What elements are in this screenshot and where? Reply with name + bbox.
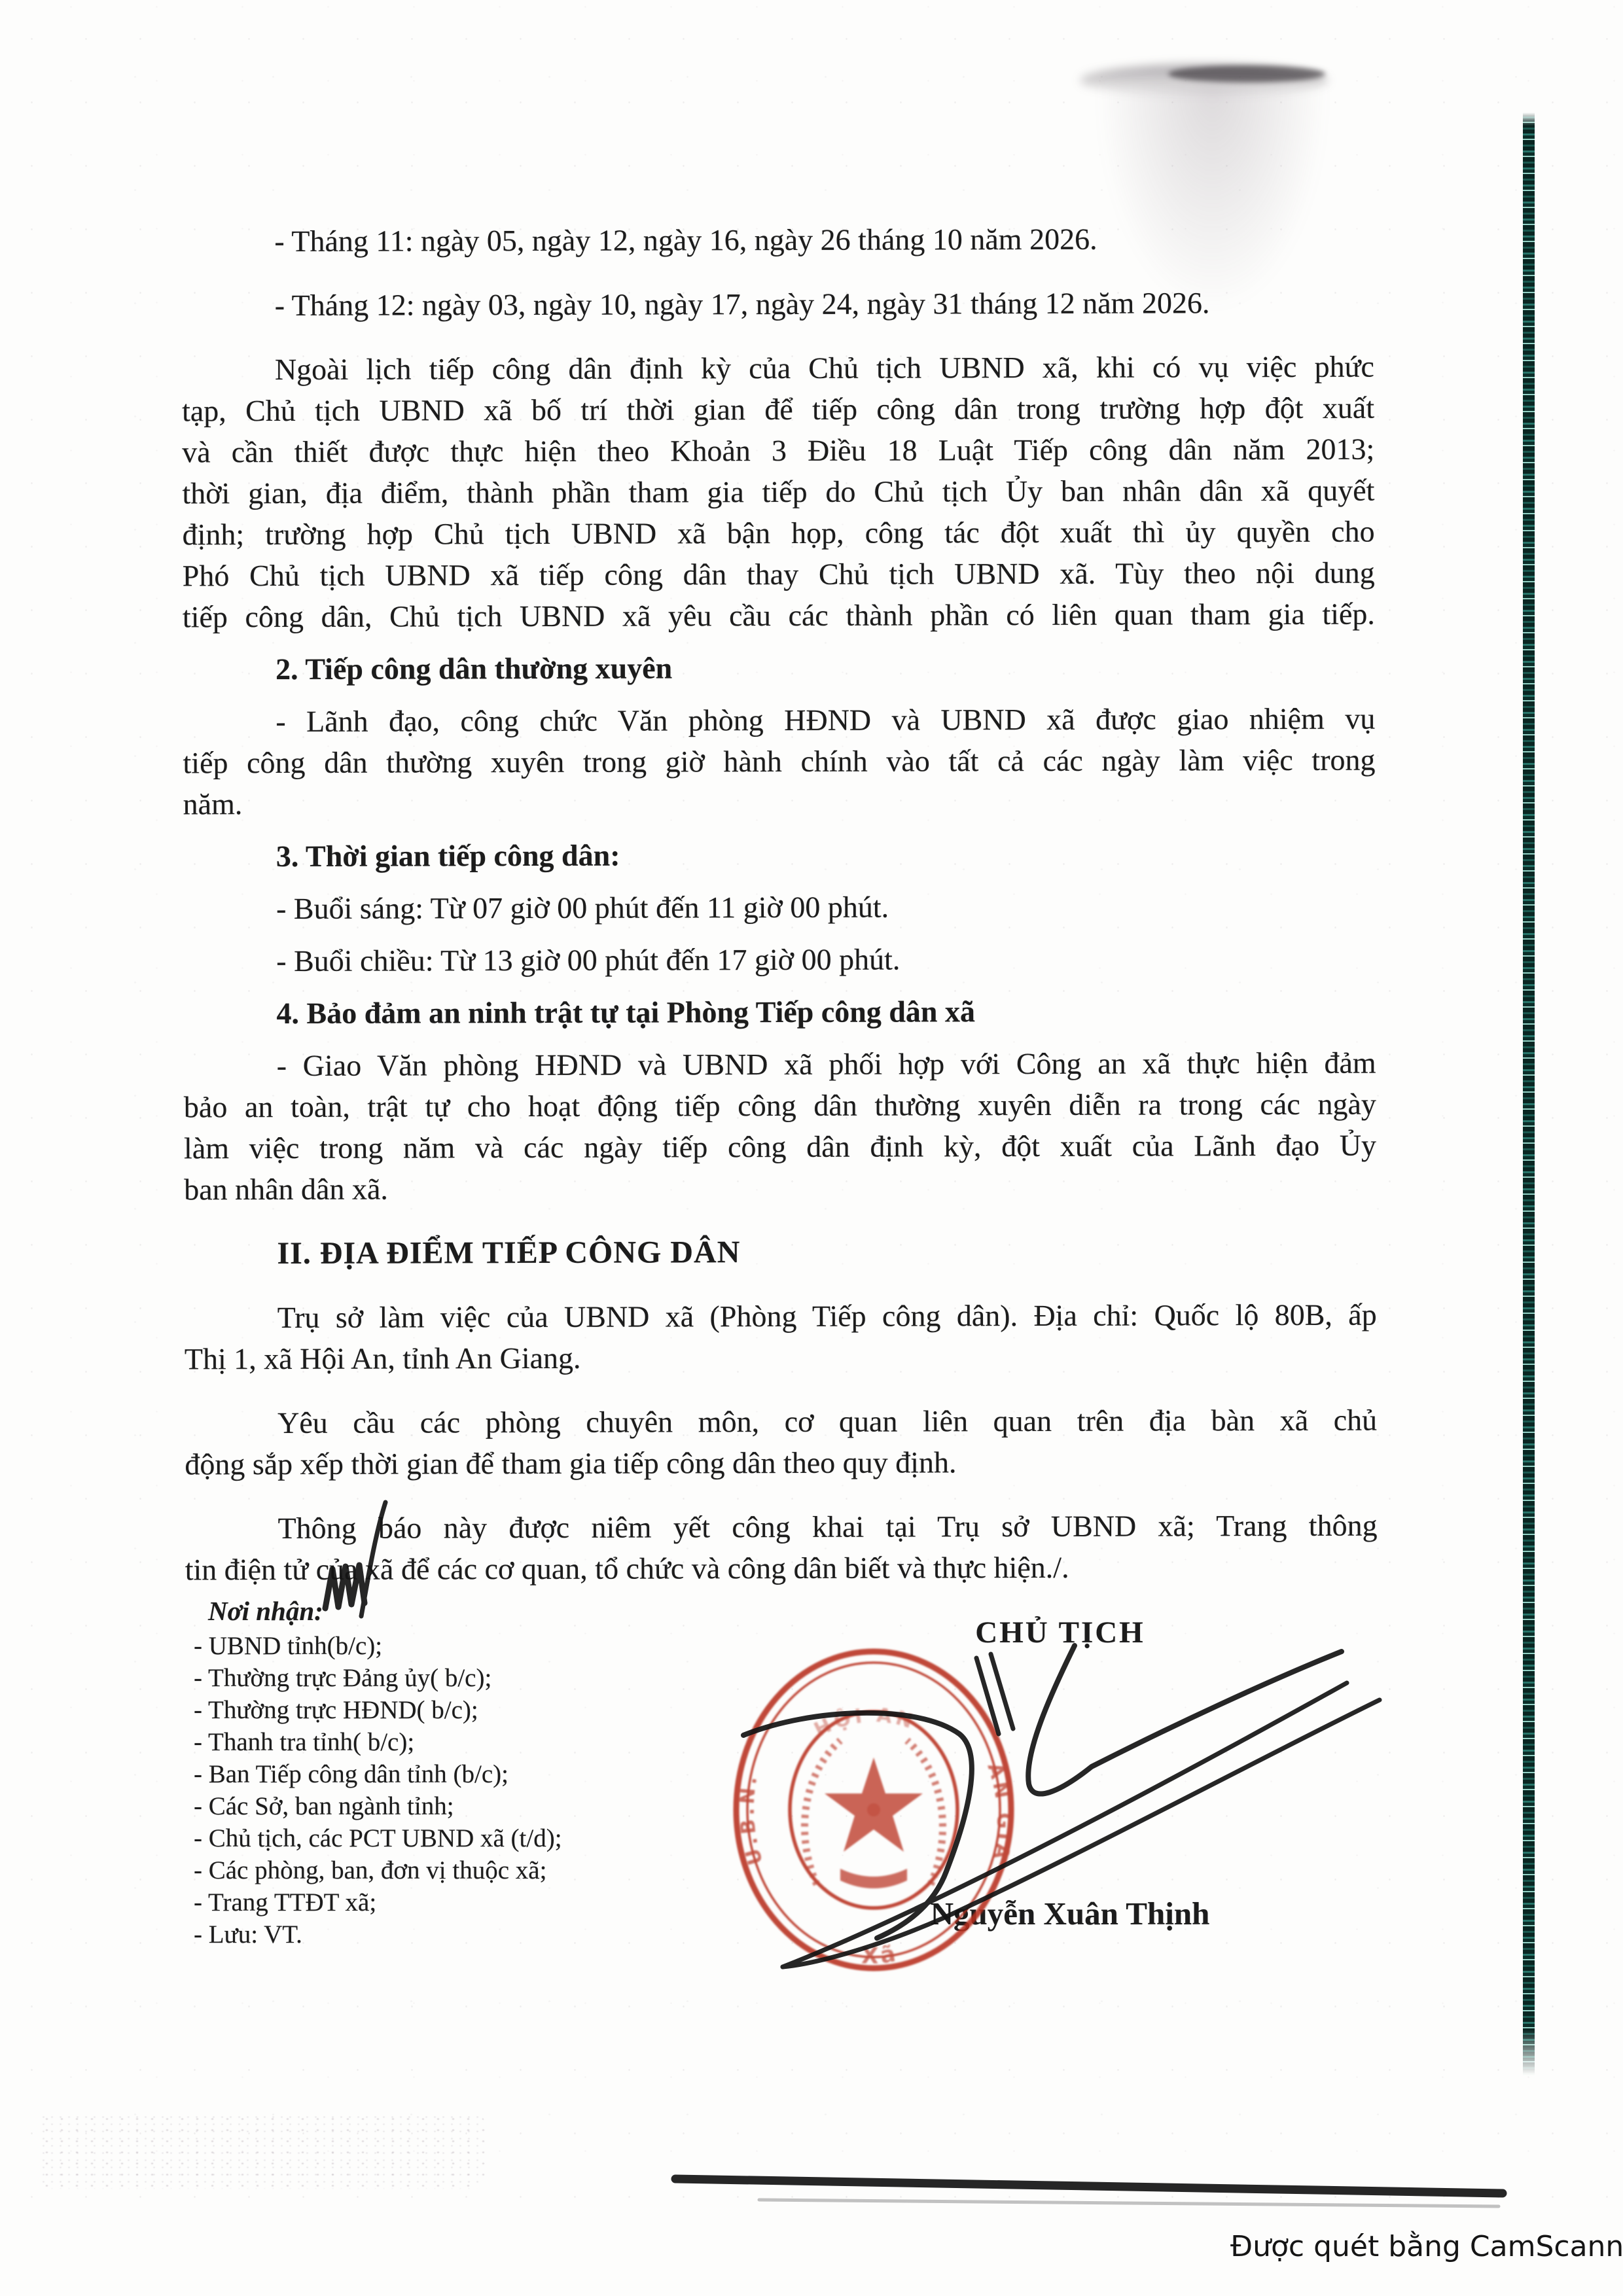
- text-line: định; trường hợp Chủ tịch UBND xã bận họ…: [182, 511, 1374, 556]
- text-line: - Buổi sáng: Từ 07 giờ 00 phút đến 11 gi…: [183, 885, 1376, 930]
- stamp-wreath-right: [907, 1740, 942, 1884]
- scan-noise-patch: [39, 2113, 484, 2189]
- text-line: - Tháng 12: ngày 03, ngày 10, ngày 17, n…: [182, 282, 1374, 327]
- stamp-emblem-gear: [840, 1869, 907, 1888]
- text-line: - Tháng 11: ngày 05, ngày 12, ngày 16, n…: [181, 218, 1374, 262]
- text-line: 2. Tiếp công dân thường xuyên: [183, 646, 1375, 690]
- stamp-emblem-dot: [867, 1803, 880, 1816]
- text-line: tin điện tử của xã để các cơ quan, tổ ch…: [185, 1546, 1378, 1591]
- text-line: Yêu cầu các phòng chuyên môn, cơ quan li…: [185, 1400, 1377, 1444]
- document-body: - Tháng 11: ngày 05, ngày 12, ngày 16, n…: [181, 195, 1378, 1591]
- text-line: tiếp công dân, Chủ tịch UBND xã yêu cầu …: [183, 593, 1375, 638]
- text-line: - Lãnh đạo, công chức Văn phòng HĐND và …: [183, 698, 1375, 743]
- scan-smudge-dark-streak: [1168, 65, 1325, 82]
- text-line: - Giao Văn phòng HĐND và UBND xã phối hợ…: [184, 1042, 1376, 1087]
- scanned-document-page: - Tháng 11: ngày 05, ngày 12, ngày 16, n…: [0, 0, 1623, 2296]
- page-bottom-edge: [675, 2179, 1503, 2193]
- text-line: tạp, Chủ tịch UBND xã bố trí thời gian đ…: [182, 387, 1374, 432]
- camscanner-caption: Được quét bằng CamScanner: [1230, 2230, 1597, 2263]
- text-line: ban nhân dân xã.: [184, 1166, 1376, 1210]
- text-line: Thị 1, xã Hội An, tỉnh An Giang.: [185, 1335, 1377, 1380]
- svg-text:Xã: Xã: [861, 1940, 901, 1969]
- text-line: năm.: [183, 781, 1376, 825]
- official-stamp: HỘI AN U.B.N.D AN GIANG Xã: [719, 1641, 1029, 1981]
- recipients-label: Nơi nhận:: [194, 1595, 835, 1627]
- stamp-wreath-left: [805, 1740, 840, 1884]
- text-line: tiếp công dân thường xuyên trong giờ hàn…: [183, 739, 1375, 784]
- stamp-text-bottom: Xã: [861, 1940, 901, 1969]
- text-line: II. ĐỊA ĐIỂM TIẾP CÔNG DÂN: [184, 1230, 1376, 1275]
- text-line: 3. Thời gian tiếp công dân:: [183, 833, 1376, 877]
- text-line: - Buổi chiều: Từ 13 giờ 00 phút đến 17 g…: [183, 938, 1376, 982]
- text-line: 4. Bảo đảm an ninh trật tự tại Phòng Tiế…: [183, 990, 1376, 1034]
- stamp-text-top: HỘI AN: [811, 1704, 919, 1742]
- text-line: Ngoài lịch tiếp công dân định kỳ của Chủ…: [182, 346, 1374, 391]
- text-line: thời gian, địa điểm, thành phần tham gia…: [182, 470, 1374, 514]
- text-line: Phó Chủ tịch UBND xã tiếp công dân thay …: [183, 552, 1375, 597]
- text-line: và cần thiết được thực hiện theo Khoản 3…: [182, 429, 1374, 473]
- page-bottom-edge-shadow: [759, 2200, 1499, 2206]
- text-line: Trụ sở làm việc của UBND xã (Phòng Tiếp …: [185, 1294, 1377, 1339]
- scanner-edge-strip: [1523, 113, 1535, 2075]
- signature-stroke-loop: [1028, 1646, 1342, 1794]
- svg-text:HỘI AN: HỘI AN: [811, 1704, 919, 1742]
- text-line: Thông báo này được niêm yết công khai tạ…: [185, 1505, 1377, 1549]
- text-line: làm việc trong năm và các ngày tiếp công…: [184, 1125, 1376, 1169]
- text-line: động sắp xếp thời gian để tham gia tiếp …: [185, 1441, 1377, 1485]
- text-line: bảo an toàn, trật tự cho hoạt động tiếp …: [184, 1084, 1376, 1128]
